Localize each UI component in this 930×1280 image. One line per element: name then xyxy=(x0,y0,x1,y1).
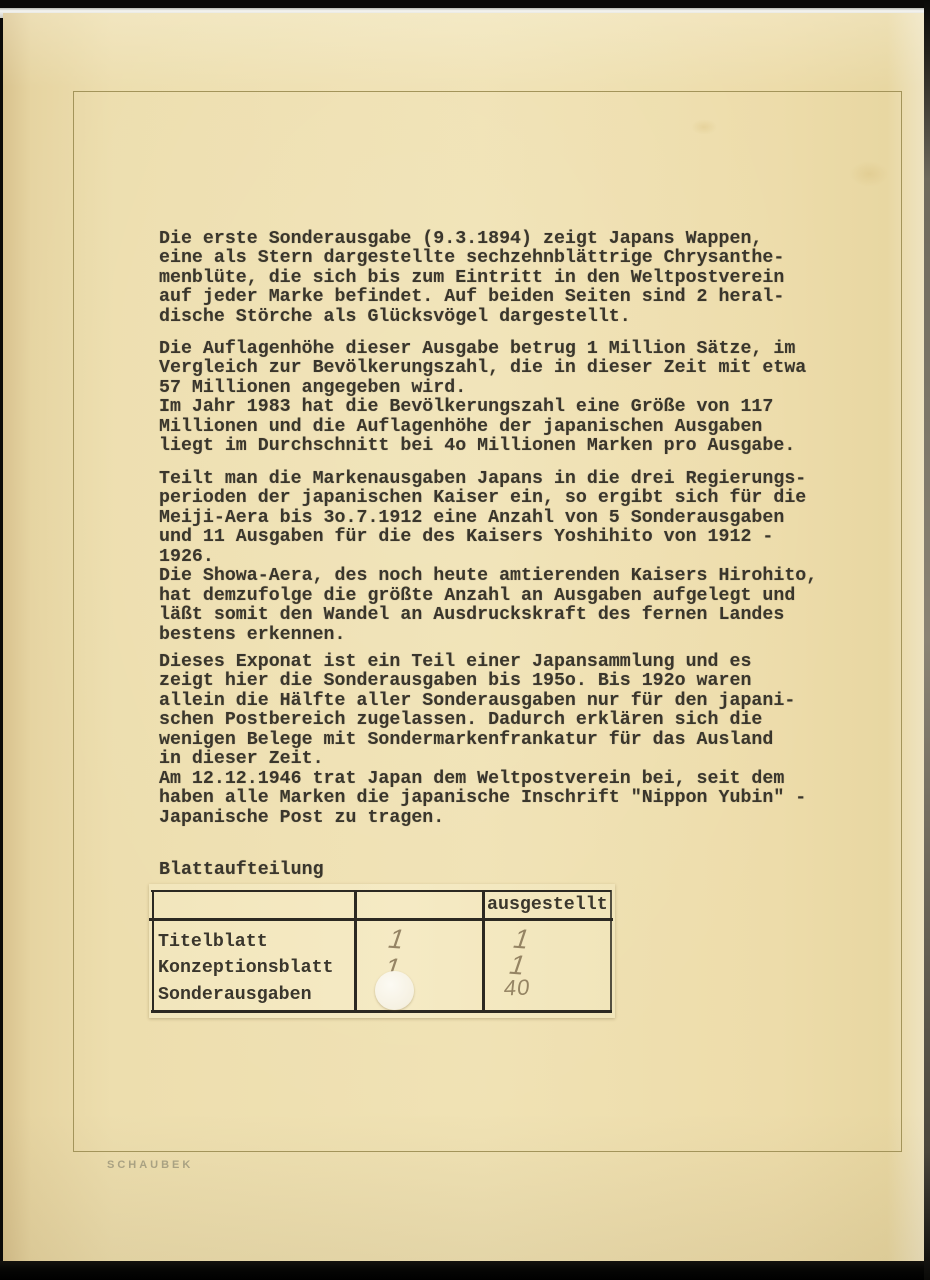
paragraph-print-run: Die Auflagenhöhe dieser Ausgabe betrug 1… xyxy=(159,340,859,457)
row-label-titelblatt: Titelblatt xyxy=(158,932,268,952)
column-header-ausgestellt: ausgestellt xyxy=(487,895,608,915)
table-rule-right xyxy=(610,890,612,1012)
table-rule-column-1 xyxy=(354,890,357,1012)
table-rule-top xyxy=(151,890,611,892)
handwritten-count-titelblatt: 1 xyxy=(384,924,409,956)
scan-edge-bottom xyxy=(0,1261,930,1280)
scan-edge-right xyxy=(924,0,930,1280)
row-label-konzeptionsblatt: Konzeptionsblatt xyxy=(158,958,334,978)
table-rule-left xyxy=(152,890,154,1012)
table-rule-header xyxy=(149,918,613,921)
table-rule-column-2 xyxy=(482,890,485,1012)
brand-imprint: SCHAUBEK xyxy=(107,1159,193,1171)
paragraph-exhibit-scope: Dieses Exponat ist ein Teil einer Japans… xyxy=(159,653,859,828)
row-label-sonderausgaben: Sonderausgaben xyxy=(158,985,312,1005)
paragraph-first-special-issue: Die erste Sonderausgabe (9.3.1894) zeigt… xyxy=(159,230,859,327)
table-rule-bottom xyxy=(151,1010,612,1013)
scan-edge-top xyxy=(0,0,930,8)
handwritten-exhibited-sonderausgaben: 40 xyxy=(503,975,532,1002)
scanned-album-page: SCHAUBEK Die erste Sonderausgabe (9.3.18… xyxy=(0,0,930,1280)
hole-reinforcement-sticker xyxy=(375,971,414,1010)
sheet-allocation-heading: Blattaufteilung xyxy=(159,860,324,880)
sheet-allocation-table: ausgestellt Titelblatt Konzeptionsblatt … xyxy=(149,884,615,1018)
paragraph-emperor-eras: Teilt man die Markenausgaben Japans in d… xyxy=(159,470,859,645)
